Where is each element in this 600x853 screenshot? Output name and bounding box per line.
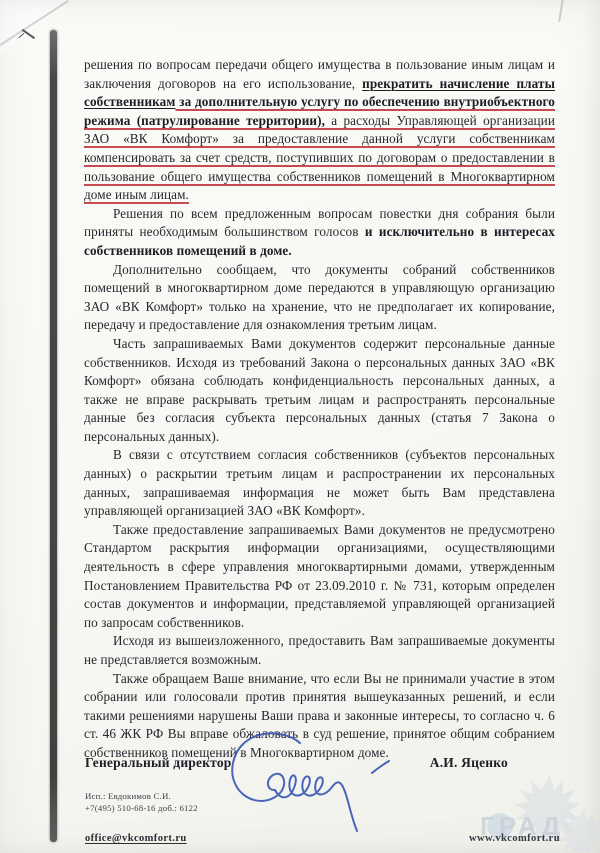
paragraph-text: Дополнительно сообщаем, что документы со… [84,262,555,333]
signer-name: А.И. Яценко [430,755,508,771]
paragraph: В связи с отсутствием согласия собственн… [84,446,555,520]
scanned-letter-page: решения по вопросам передачи общего имущ… [0,0,600,853]
paragraph: Также предоставление запрашиваемых Вами … [84,521,555,633]
website-text: www.vkcomfort.ru [469,833,560,844]
scan-binding-bar [50,30,57,842]
paragraph-text: В связи с отсутствием согласия собственн… [84,447,555,518]
signer-title: Генеральный директор [85,755,231,771]
paragraph: Дополнительно сообщаем, что документы со… [84,261,555,335]
scan-artifact-top-right [558,0,563,22]
signature-ink [222,729,398,837]
executor-line: Исп.: Евдокимов С.И. [85,791,198,803]
paragraph: решения по вопросам передачи общего имущ… [84,56,555,205]
pen-mark-top-left [18,27,40,43]
executor-block: Исп.: Евдокимов С.И. +7(495) 510-68-16 д… [85,791,198,814]
email-text: office@vkcomfort.ru [85,833,187,844]
paragraph-text: Также предоставление запрашиваемых Вами … [84,522,555,630]
paragraph: Решения по всем предложенным вопросам по… [84,205,555,261]
phone-line: +7(495) 510-68-16 доб.: 6122 [85,803,198,815]
paragraph-text: Часть запрашиваемых Вами документов соде… [84,336,555,444]
letter-body: решения по вопросам передачи общего имущ… [84,56,555,763]
paragraph: Исходя из вышеизложенного, предоставить … [84,632,555,669]
paragraph-text: Исходя из вышеизложенного, предоставить … [84,633,555,667]
footer-links: office@vkcomfort.ru www.vkcomfort.ru [85,833,560,844]
paragraph: Часть запрашиваемых Вами документов соде… [84,335,555,447]
